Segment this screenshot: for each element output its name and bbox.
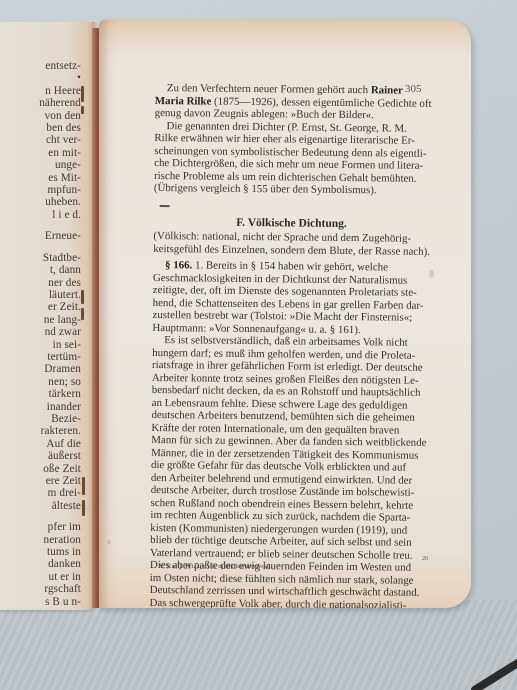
text-line: von den (0, 110, 81, 122)
staple-top-upper (81, 86, 84, 102)
text-line: ner des (0, 277, 81, 289)
text-line: tärkern (0, 388, 81, 400)
text-line: uheben. (0, 196, 81, 208)
text-line: m drei- (0, 487, 81, 499)
signature-mark: 20 (422, 556, 428, 562)
left-page-text: entsetz-•n Heerenäherendvon denben desch… (0, 60, 81, 608)
text-line: nen; so (0, 376, 81, 388)
text-line: en mit- (0, 147, 81, 159)
text-line: t, dann (0, 264, 81, 276)
text-line: Erneue- (0, 230, 81, 242)
stain (107, 540, 111, 544)
paragraph-166: § 166. 1. Bereits in § 154 haben wir geh… (152, 259, 429, 337)
text-line: es Mit- (0, 172, 81, 184)
text-line: ere Zeit (0, 475, 81, 487)
text-line: näherend (0, 97, 81, 109)
right-page: 305 Zu den Verfechtern neuer Formen gehö… (99, 20, 471, 608)
paragraph-gap (0, 512, 81, 521)
text-line: Dramen (0, 363, 81, 375)
text-line: tertüm- (0, 351, 81, 363)
text-line: s B u n- (0, 596, 81, 608)
text-line: älteste (0, 500, 81, 512)
text-line: Bezie- (0, 413, 81, 425)
symbolism-paragraph: Die genannten drei Dichter (P. Ernst, St… (154, 119, 431, 197)
staple-bottom-upper (82, 477, 85, 495)
text-line: läutert. (0, 289, 81, 301)
page-body: Zu den Verfechtern neuer Formen gehört a… (149, 82, 431, 608)
text-line: rakteren. (0, 425, 81, 437)
text-line: l i e d. (0, 209, 81, 221)
text-line: danken (0, 558, 81, 570)
text-line: unge- (0, 159, 81, 171)
text-line: keitsgefühl des Einzelnen, sondern dem B… (153, 242, 429, 257)
text-line: nd zwar (0, 326, 81, 338)
intro-paragraph: Zu den Verfechtern neuer Formen gehört a… (155, 82, 431, 122)
paragraph-gap (0, 221, 81, 230)
staple-bottom-lower (82, 500, 85, 516)
footer-note: V. Kralj: Prizajeri iz njem. književnost… (159, 563, 272, 570)
text-line: Auf die (0, 438, 81, 450)
section-title: F. Völkische Dichtung. (153, 215, 429, 230)
text-line: n Heere (0, 85, 81, 97)
text-line: • (0, 72, 81, 84)
text-line: cht ver- (0, 134, 81, 146)
text-line: pfer im (0, 521, 81, 533)
table-surface (0, 600, 517, 690)
stain (429, 270, 434, 278)
section-divider (160, 205, 170, 207)
text-line: mpfun- (0, 184, 81, 196)
text-line: neration (0, 534, 81, 546)
staple-top-lower (81, 106, 84, 114)
staple-mid-lower (81, 308, 84, 320)
text-line: in sei- (0, 339, 81, 351)
text-line: Stadtbe- (0, 252, 81, 264)
text-line: rgschaft (0, 583, 81, 595)
text-line: äußerst (0, 450, 81, 462)
text-line: er Zeit. (0, 301, 81, 313)
section-note: (Völkisch: national, nicht der Sprache u… (153, 230, 429, 258)
text-line: ben des (0, 122, 81, 134)
paragraph-gap (0, 243, 81, 252)
text-line: ut er in (0, 571, 81, 583)
staple-mid-upper (81, 290, 84, 304)
text-line: inander (0, 401, 81, 413)
text-line: tums in (0, 546, 81, 558)
text-line: ne lang- (0, 314, 81, 326)
text-line: oße Zeit (0, 463, 81, 475)
left-page: entsetz-•n Heerenäherendvon denben desch… (0, 22, 95, 610)
text-line: entsetz- (0, 60, 81, 72)
